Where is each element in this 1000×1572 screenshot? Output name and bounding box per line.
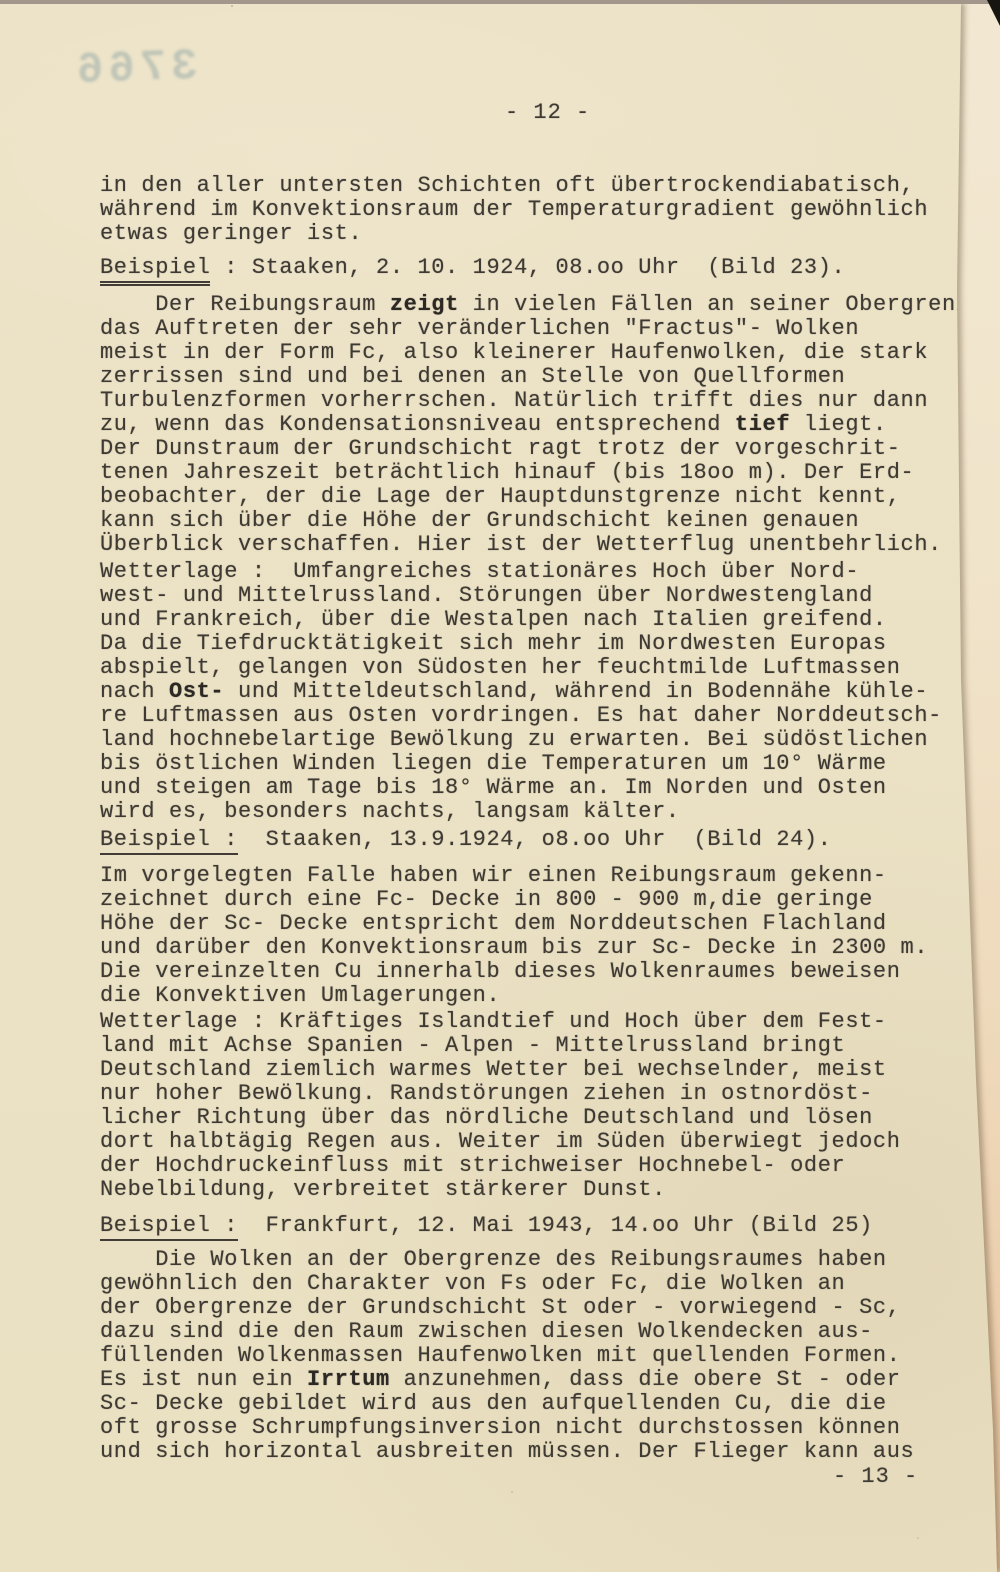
para-frankfurt: Die Wolken an der Obergrenze des Reibung… (100, 1248, 914, 1464)
text-line: Der Reibungsraum zeigt in vielen Fällen … (100, 293, 983, 317)
text-line: Im vorgelegten Falle haben wir einen Rei… (100, 864, 928, 888)
text-line: Die vereinzelten Cu innerhalb dieses Wol… (100, 960, 928, 984)
page-number-header: - 12 - (505, 100, 590, 125)
text-line: Wetterlage : Umfangreiches stationäres H… (100, 560, 942, 584)
text-line: Beispiel : Frankfurt, 12. Mai 1943, 14.o… (100, 1214, 873, 1238)
text-line: zu, wenn das Kondensationsniveau entspre… (100, 413, 983, 437)
text-line: Beispiel : Staaken, 2. 10. 1924, 08.oo U… (100, 256, 845, 280)
text-line: dort halbtägig Regen aus. Weiter im Süde… (100, 1130, 901, 1154)
text-line: etwas geringer ist. (100, 222, 928, 246)
text-line: beobachter, der die Lage der Hauptdunstg… (100, 485, 983, 509)
text-line: kann sich über die Höhe der Grundschicht… (100, 509, 983, 533)
text-line: während im Konvektionsraum der Temperatu… (100, 198, 928, 222)
text-line: dazu sind die den Raum zwischen diesen W… (100, 1320, 914, 1344)
beispiel-2: Beispiel : Staaken, 13.9.1924, o8.oo Uhr… (100, 828, 832, 852)
text-line: nur hoher Bewölkung. Randstörungen ziehe… (100, 1082, 901, 1106)
text-line: Es ist nun ein Irrtum anzunehmen, dass d… (100, 1368, 914, 1392)
text-line: Überblick verschaffen. Hier ist der Wett… (100, 533, 983, 557)
text-line: füllenden Wolkenmassen Haufenwolken mit … (100, 1344, 914, 1368)
scanned-document-page: { "page": { "header_page_number": "- 12 … (0, 0, 1000, 1572)
text-line: der Hochdruckeinfluss mit strichweiser H… (100, 1154, 901, 1178)
text-line: nach Ost- und Mitteldeutschland, während… (100, 680, 942, 704)
text-line: Da die Tiefdrucktätigkeit sich mehr im N… (100, 632, 942, 656)
text-line: licher Richtung über das nördliche Deuts… (100, 1106, 901, 1130)
wetterlage-1: Wetterlage : Umfangreiches stationäres H… (100, 560, 942, 824)
text-line: und sich horizontal ausbreiten müssen. D… (100, 1440, 914, 1464)
text-line: zerrissen sind und bei denen an Stelle v… (100, 365, 983, 389)
text-line: Nebelbildung, verbreitet stärkerer Dunst… (100, 1178, 901, 1202)
text-line: re Luftmassen aus Osten vordringen. Es h… (100, 704, 942, 728)
stamp-number-bleedthrough: 3766 (71, 42, 198, 96)
page-number-footer: - 13 - (833, 1464, 918, 1489)
text-line: bis östlichen Winden liegen die Temperat… (100, 752, 942, 776)
beispiel-3: Beispiel : Frankfurt, 12. Mai 1943, 14.o… (100, 1214, 873, 1238)
scan-background-strip (0, 0, 1000, 4)
text-line: land mit Achse Spanien - Alpen - Mittelr… (100, 1034, 901, 1058)
text-line: zeichnet durch eine Fc- Decke in 800 - 9… (100, 888, 928, 912)
text-line: Wetterlage : Kräftiges Islandtief und Ho… (100, 1010, 901, 1034)
text-line: tenen Jahreszeit beträchtlich hinauf (bi… (100, 461, 983, 485)
para-intro: in den aller untersten Schichten oft übe… (100, 174, 928, 246)
text-line: meist in der Form Fc, also kleinerer Hau… (100, 341, 983, 365)
para-reibungsraum: Der Reibungsraum zeigt in vielen Fällen … (100, 293, 983, 557)
text-line: Deutschland ziemlich warmes Wetter bei w… (100, 1058, 901, 1082)
text-line: gewöhnlich den Charakter von Fs oder Fc,… (100, 1272, 914, 1296)
text-line: west- und Mittelrussland. Störungen über… (100, 584, 942, 608)
text-line: Turbulenzformen vorherrschen. Natürlich … (100, 389, 983, 413)
text-line: Beispiel : Staaken, 13.9.1924, o8.oo Uhr… (100, 828, 832, 852)
text-line: und steigen am Tage bis 18° Wärme an. Im… (100, 776, 942, 800)
text-line: Höhe der Sc- Decke entspricht dem Nordde… (100, 912, 928, 936)
text-line: Der Dunstraum der Grundschicht ragt trot… (100, 437, 983, 461)
text-line: das Auftreten der sehr veränderlichen "F… (100, 317, 983, 341)
text-line: oft grosse Schrumpfungsinversion nicht d… (100, 1416, 914, 1440)
text-line: Die Wolken an der Obergrenze des Reibung… (100, 1248, 914, 1272)
text-line: abspielt, gelangen von Südosten her feuc… (100, 656, 942, 680)
text-line: in den aller untersten Schichten oft übe… (100, 174, 928, 198)
text-line: wird es, besonders nachts, langsam kälte… (100, 800, 942, 824)
paper-sheet: 3766 - 12 - in den aller untersten Schic… (0, 0, 1000, 1572)
text-line: und Frankreich, über die Westalpen nach … (100, 608, 942, 632)
text-line: Sc- Decke gebildet wird aus den aufquell… (100, 1392, 914, 1416)
text-line: land hochnebelartige Bewölkung zu erwart… (100, 728, 942, 752)
para-staaken-fall: Im vorgelegten Falle haben wir einen Rei… (100, 864, 928, 1008)
sheet-shadow: 3766 - 12 - in den aller untersten Schic… (0, 0, 1000, 1572)
text-line: die Konvektiven Umlagerungen. (100, 984, 928, 1008)
text-line: und darüber den Konvektionsraum bis zur … (100, 936, 928, 960)
wetterlage-2: Wetterlage : Kräftiges Islandtief und Ho… (100, 1010, 901, 1202)
text-line: der Obergrenze der Grundschicht St oder … (100, 1296, 914, 1320)
beispiel-1: Beispiel : Staaken, 2. 10. 1924, 08.oo U… (100, 256, 845, 280)
